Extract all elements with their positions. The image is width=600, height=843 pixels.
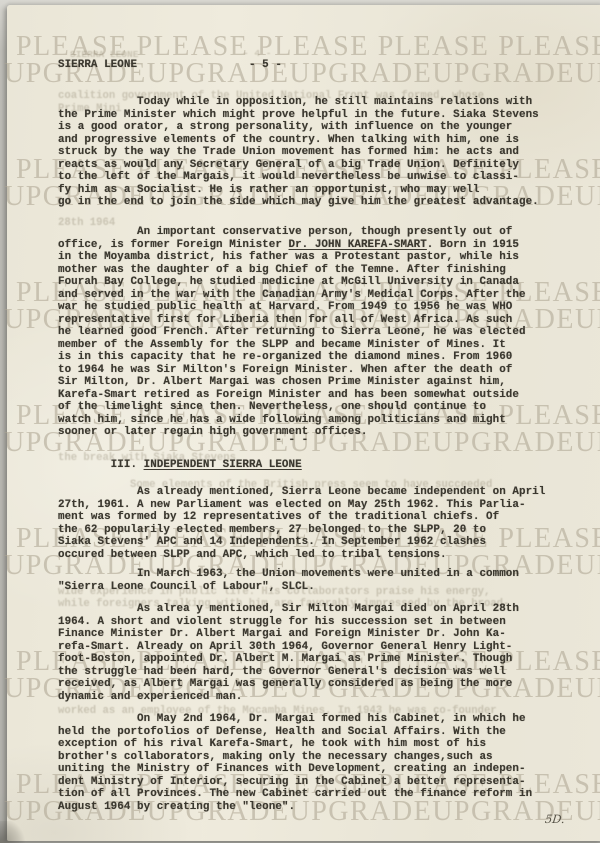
text-line: foot-Boston, appointed Dr. Albert M. Mar… — [58, 653, 519, 666]
text-line: "Sierra Leone Council of Labour", SLCL. — [58, 581, 519, 594]
text-line: to 1964 he was Sir Milton's Foreign Mini… — [58, 364, 526, 377]
text-line: fy him as a Socialist. He is rather an o… — [58, 184, 539, 197]
text-line: An important conservative person, though… — [58, 226, 526, 239]
watermark-word: UPGRADE — [575, 183, 600, 211]
text-line: the struggle had been hard, the Governor… — [58, 666, 519, 679]
text-line: received, as Albert Margai was generally… — [58, 678, 519, 691]
underlined-text: Dr. JOHN KAREFA-SMART — [289, 239, 427, 251]
watermark-word: UPGRADE — [575, 675, 600, 703]
text-line: go in the end to join the side which may… — [58, 196, 539, 209]
text-line: In March 1963, the Union movements were … — [58, 568, 519, 581]
text-segment: . Born in 1915 — [427, 239, 519, 251]
text-line: As already mentioned, Sierra Leone becam… — [58, 486, 545, 499]
text-line: refa-Smart. Already on April 30th 1964, … — [58, 641, 519, 654]
text-line: On May 2nd 1964, Dr. Margai formed his C… — [58, 713, 532, 726]
text-line: of the limelight since then. Nevertheles… — [58, 401, 526, 414]
paragraph-6: On May 2nd 1964, Dr. Margai formed his C… — [58, 713, 532, 813]
text-line: uniting the Ministry of Finances with De… — [58, 763, 532, 776]
text-line: SIERRA LEONE - 5 - — [58, 59, 282, 72]
text-line: Today while in opposition, he still main… — [58, 96, 539, 109]
text-line: 27th, 1961. A new Parliament was elected… — [58, 499, 545, 512]
text-line: and progressive elements of the country.… — [58, 134, 539, 147]
text-line: office, is former Foreign Minister Dr. J… — [58, 239, 526, 252]
text-line: 1964. A short and violent struggle for h… — [58, 616, 519, 629]
text-line: representative first for Liberia then fo… — [58, 314, 526, 327]
underlined-text: INDEPENDENT SIERRA LEONE — [144, 459, 302, 471]
watermark-word: PLEASE — [137, 33, 249, 61]
text-segment: office, is former Foreign Minister — [58, 239, 289, 251]
text-line: dent Ministry of Interior, securing in t… — [58, 776, 532, 789]
paragraph-4: In March 1963, the Union movements were … — [58, 568, 519, 593]
text-line: the 62 popularily elected members, 27 be… — [58, 524, 545, 537]
text-line: Karefa-Smart retired as Foreign Minister… — [58, 389, 526, 402]
text-line: Finance Minister Dr. Albert Margai and F… — [58, 628, 519, 641]
text-line: and served in the war with the Canadian … — [58, 289, 526, 302]
text-line: exception of his rival Karefa-Smart, he … — [58, 738, 532, 751]
paragraph-2: An important conservative person, though… — [58, 226, 526, 439]
text-line: III. INDEPENDENT SIERRA LEONE — [58, 459, 302, 472]
text-line: occured between SLPP and APC, which led … — [58, 549, 545, 562]
text-line: - - - — [58, 434, 308, 447]
text-line: reacts as would any Secretary General of… — [58, 159, 539, 172]
text-line: in the Moyamba district, his father was … — [58, 251, 526, 264]
text-line: struck by the way the Trade Union moveme… — [58, 146, 539, 159]
text-line: brother's collaborators, making only the… — [58, 751, 532, 764]
text-line: is a good orator, a strong personality, … — [58, 121, 539, 134]
text-line: Fourah Bay College, he studied medicine … — [58, 276, 526, 289]
section-heading: III. INDEPENDENT SIERRA LEONE — [58, 459, 302, 472]
text-line: Sir Milton, Dr. Albert Margai was chosen… — [58, 376, 526, 389]
text-segment: III. — [58, 459, 144, 471]
page-header: SIERRA LEONE - 5 - — [58, 59, 282, 72]
watermark-word: UPGRADE — [575, 429, 600, 457]
text-line: August 1964 by creating the "leone". — [58, 801, 532, 814]
watermark-word: PLEASE — [498, 33, 600, 61]
paragraph-1: Today while in opposition, he still main… — [58, 96, 539, 209]
text-line: war he studied public health at Harvard.… — [58, 301, 526, 314]
text-line: the Prime Minister which might prove hel… — [58, 109, 539, 122]
watermark-word: UPGRADE — [575, 60, 600, 88]
text-line: As alrea y mentioned, Sir Milton Margai … — [58, 603, 519, 616]
handwritten-page-mark: 5D. — [544, 812, 565, 826]
text-line: tion of all Provinces. The new Cabinet c… — [58, 788, 532, 801]
text-line: held the portofolios of Defense, Health … — [58, 726, 532, 739]
text-line: ment was formed by 12 representatives of… — [58, 511, 545, 524]
watermark-word: UPGRADE — [432, 60, 575, 88]
separator: - - - — [58, 434, 308, 447]
watermark-word: UPGRADE — [575, 552, 600, 580]
text-line: dynamic and experienced man. — [58, 691, 519, 704]
text-line: mother was the daughter of a big Chief o… — [58, 264, 526, 277]
watermark-word: PLEASE — [257, 33, 369, 61]
watermark-word: PLEASE — [378, 33, 490, 61]
text-line: member of the Assembly for the SLPP and … — [58, 339, 526, 352]
paragraph-3: As already mentioned, Sierra Leone becam… — [58, 486, 545, 561]
paragraph-5: As alrea y mentioned, Sir Milton Margai … — [58, 603, 519, 703]
watermark-word: UPGRADE — [289, 60, 432, 88]
watermark-word: UPGRADE — [575, 306, 600, 334]
text-line: Siaka Stevens' APC and 14 Independents. … — [58, 536, 545, 549]
text-line: is in this capacity that he re-organized… — [58, 351, 526, 364]
scan-background: PLEASEPLEASEPLEASEPLEASEPLEASEUPGRADEUPG… — [0, 0, 600, 843]
text-line: he learned good French. After returning … — [58, 326, 526, 339]
text-line: watch him, since he has a wide following… — [58, 414, 526, 427]
watermark-word: UPGRADE — [575, 798, 600, 826]
text-line: to the left of the Margais, it would nev… — [58, 171, 539, 184]
